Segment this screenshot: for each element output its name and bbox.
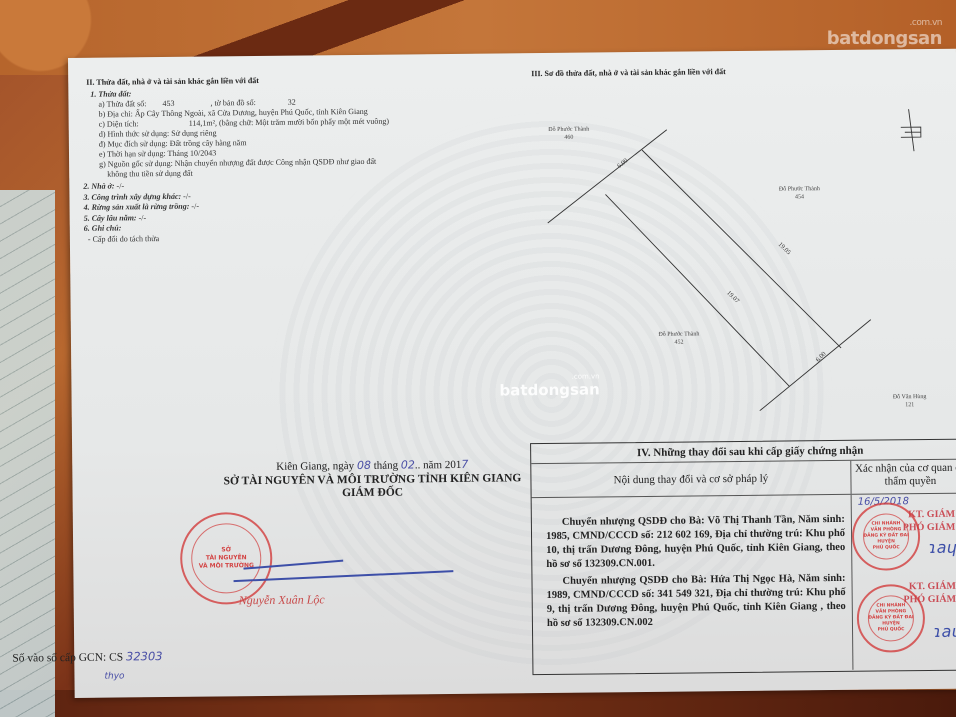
confirm-signature: ɿaɥ <box>928 538 956 557</box>
office-stamp: CHI NHÁNH VĂN PHÒNG ĐĂNG KÝ ĐẤT ĐAI HUYỆ… <box>852 502 921 571</box>
registration-number: Số vào sổ cấp GCN: CS 32303 <box>12 649 162 665</box>
area-value: 114,1m², (bằng chữ: Một trăm mười bốn ph… <box>189 117 389 128</box>
note-value: - Cấp đổi do tách thửa <box>84 233 200 245</box>
svg-text:121: 121 <box>905 402 914 408</box>
signature-block: Kiên Giang, ngày 08 tháng 02.. năm 2017 … <box>182 457 562 501</box>
map-sheet-number: 32 <box>258 98 296 107</box>
parcel-number: 453 <box>148 99 208 110</box>
svg-text:Đỗ Phước Thành: Đỗ Phước Thành <box>658 330 699 337</box>
land-parcel-info: 1. Thửa đất: a) Thửa đất số: 453 , tờ bả… <box>90 87 389 180</box>
official-stamp: SỞ TÀI NGUYÊN VÀ MÔI TRƯỜNG <box>180 512 273 605</box>
change-entries: Chuyển nhượng QSDĐ cho Bà: Võ Thị Thanh … <box>532 495 854 673</box>
use-form-value: Sử dụng riêng <box>171 128 216 137</box>
svg-text:6.00: 6.00 <box>616 157 629 170</box>
changes-table-header: Nội dung thay đổi và cơ sở pháp lý Xác n… <box>531 460 956 499</box>
change-entry: Chuyển nhượng QSDĐ cho Bà: Hứa Thị Ngọc … <box>546 572 846 631</box>
forest-row: 4. Rừng sản xuất là rừng trồng: -/- <box>84 202 200 214</box>
section-2-title: II. Thửa đất, nhà ở và tài sản khác gắn … <box>86 76 259 87</box>
signer-role: GIÁM ĐỐC <box>183 485 563 501</box>
svg-text:Đỗ Văn Hùng: Đỗ Văn Hùng <box>893 393 927 400</box>
term-value: Tháng 10/2043 <box>167 148 216 158</box>
signer-name: Nguyễn Xuân Lộc <box>239 592 325 608</box>
origin-value: Nhận chuyển nhượng đất được Công nhận QS… <box>175 157 377 168</box>
confirm-signature: ɿaɥ <box>933 622 956 641</box>
changes-table-body: Chuyển nhượng QSDĐ cho Bà: Võ Thị Thanh … <box>532 494 956 674</box>
column-confirm-header: Xác nhận của cơ quan có thẩm quyền <box>851 460 956 494</box>
svg-text:Đỗ Phước Thành: Đỗ Phước Thành <box>779 185 820 192</box>
confirmation-cell: 16/5/2018 KT. GIÁM ĐỐC PHÓ GIÁM ĐỐC CHI … <box>852 494 956 670</box>
column-content-header: Nội dung thay đổi và cơ sở pháp lý <box>531 461 851 497</box>
watermark-top: .com.vnbatdongsan <box>827 18 942 49</box>
office-stamp: CHI NHÁNH VĂN PHÒNG ĐĂNG KÝ ĐẤT ĐAI HUYỆ… <box>857 584 926 653</box>
purpose-value: Đất trồng cây hàng năm <box>170 138 247 148</box>
registration-initials: thyo <box>104 671 124 681</box>
svg-text:Đỗ Phước Thành: Đỗ Phước Thành <box>548 126 589 133</box>
svg-text:460: 460 <box>564 135 573 141</box>
land-certificate-page: II. Thửa đất, nhà ở và tài sản khác gắn … <box>68 49 956 698</box>
parcel-diagram: Đỗ Phước Thành 460 Đỗ Phước Thành 454 Đỗ… <box>528 79 951 413</box>
issue-date: Kiên Giang, ngày 08 tháng 02.. năm 2017 <box>182 457 562 474</box>
section-3-title: III. Sơ đồ thửa đất, nhà ở và tài sản kh… <box>531 67 726 78</box>
svg-text:452: 452 <box>674 340 683 346</box>
origin-continued: không thu tiền sử dụng đất <box>91 167 389 180</box>
svg-text:454: 454 <box>795 194 804 200</box>
svg-text:19.07: 19.07 <box>725 290 741 306</box>
watermark-center: .com.vnbatdongsan <box>499 372 599 399</box>
svg-text:19.05: 19.05 <box>777 241 792 256</box>
other-assets: 2. Nhà ở: -/- 3. Công trình xây dựng khá… <box>83 181 199 245</box>
changes-table: IV. Những thay đổi sau khi cấp giấy chứn… <box>530 439 956 676</box>
plastic-sleeve <box>0 190 55 717</box>
change-entry: Chuyển nhượng QSDĐ cho Bà: Võ Thị Thanh … <box>546 513 846 572</box>
svg-text:6.00: 6.00 <box>815 351 828 364</box>
